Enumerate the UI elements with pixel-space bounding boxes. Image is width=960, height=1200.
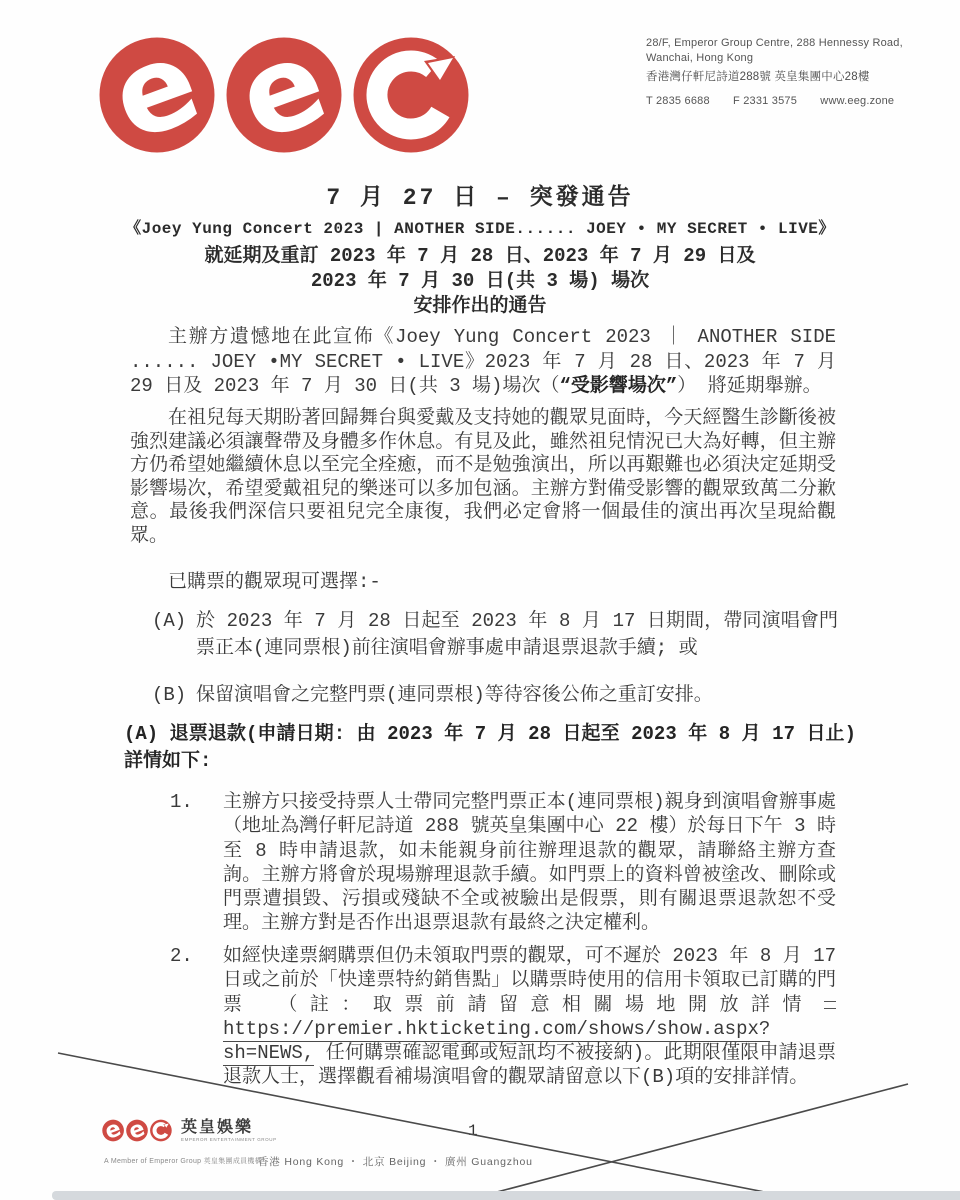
- address-line-2: Wanchai, Hong Kong: [646, 51, 903, 66]
- brand-name-en: EMPEROR ENTERTAINMENT GROUP: [181, 1137, 277, 1143]
- refund-item-1-text: 主辦方只接受持票人士帶同完整門票正本(連同票根)親身到演唱會辦事處（地址為灣仔軒…: [223, 790, 836, 936]
- refund-section-heading: (A) 退票退款(申請日期: 由 2023 年 7 月 28 日起至 2023 …: [124, 721, 856, 775]
- refund-item-2: 2. 如經快達票網購票但仍未領取門票的觀眾，可不遲於 2023 年 8 月 17…: [170, 944, 836, 1090]
- footer-brand-text: 英皇娛樂 EMPEROR ENTERTAINMENT GROUP: [181, 1119, 277, 1143]
- scan-edge-strip: [52, 1191, 960, 1200]
- option-b-text: 保留演唱會之完整門票(連同票根)等待容後公佈之重訂安排。: [196, 682, 838, 709]
- paragraph-reason: 在祖兒每天期盼著回歸舞台與愛戴及支持她的觀眾見面時，今天經醫生診斷後被強烈建議必…: [130, 407, 836, 549]
- title-line-4: 2023 年 7 月 30 日(共 3 場) 場次: [0, 269, 960, 294]
- paragraph-announcement-post: ） 將延期舉辦。: [677, 375, 821, 397]
- option-a-text: 於 2023 年 7 月 28 日起至 2023 年 8 月 17 日期間，帶同…: [196, 608, 838, 662]
- line-continuation-mark: [824, 1001, 836, 1009]
- refund-item-2-post: 任何購票確認電郵或短訊均不被接納)。此期限僅限申請退票退款人士，選擇觀看補場演唱…: [223, 1042, 836, 1088]
- notice-date-title: 7 月 27 日 – 突發通告: [0, 184, 960, 212]
- eeg-logo: [98, 34, 470, 156]
- refund-item-1: 1. 主辦方只接受持票人士帶同完整門票正本(連同票根)親身到演唱會辦事處（地址為…: [170, 790, 836, 936]
- refund-item-2-text: 如經快達票網購票但仍未領取門票的觀眾，可不遲於 2023 年 8 月 17 日或…: [223, 944, 836, 1090]
- notice-title-block: 7 月 27 日 – 突發通告 《Joey Yung Concert 2023 …: [0, 184, 960, 319]
- affected-shows-term: “受影響場次”: [559, 375, 677, 397]
- page-number: 1: [468, 1122, 478, 1140]
- refund-item-2-pre: 如經快達票網購票但仍未領取門票的觀眾，可不遲於 2023 年 8 月 17 日或…: [223, 945, 836, 1016]
- brand-name-zh: 英皇娛樂: [181, 1119, 277, 1137]
- fax-number: F 2331 3575: [733, 95, 797, 107]
- paragraph-announcement: 主辦方遺憾地在此宣佈《Joey Yung Concert 2023 ｜ ANOT…: [130, 325, 836, 399]
- document-page: e e 28/F, Emperor Group Centre, 288 Henn…: [0, 0, 960, 1200]
- option-a: (A) 於 2023 年 7 月 28 日起至 2023 年 8 月 17 日期…: [152, 608, 838, 662]
- options-intro: 已購票的觀眾現可選擇:-: [130, 570, 836, 595]
- option-b-marker: (B): [152, 682, 196, 709]
- letterhead-address: 28/F, Emperor Group Centre, 288 Hennessy…: [646, 36, 903, 109]
- concert-name: 《Joey Yung Concert 2023 | ANOTHER SIDE..…: [0, 217, 960, 241]
- letterhead-contact: T 2835 6688 F 2331 3575 www.eeg.zone: [646, 94, 903, 109]
- title-line-5: 安排作出的通告: [0, 294, 960, 319]
- option-b: (B) 保留演唱會之完整門票(連同票根)等待容後公佈之重訂安排。: [152, 682, 838, 709]
- refund-item-1-number: 1.: [170, 790, 223, 936]
- address-line-1: 28/F, Emperor Group Centre, 288 Hennessy…: [646, 36, 903, 51]
- option-a-marker: (A): [152, 608, 196, 662]
- eeg-logo-small: [102, 1119, 172, 1142]
- member-of-emperor-group: A Member of Emperor Group 英皇集團成員機構: [104, 1156, 262, 1166]
- footer-brand: 英皇娛樂 EMPEROR ENTERTAINMENT GROUP: [102, 1119, 277, 1143]
- address-line-zh: 香港灣仔軒尼詩道288號 英皇集團中心28樓: [646, 70, 903, 85]
- title-line-3: 就延期及重訂 2023 年 7 月 28 日、2023 年 7 月 29 日及: [0, 244, 960, 269]
- refund-item-2-number: 2.: [170, 944, 223, 1090]
- website-url: www.eeg.zone: [820, 95, 894, 107]
- footer-cities: 香港 Hong Kong ・ 北京 Beijing ・ 廣州 Guangzhou: [258, 1154, 533, 1169]
- tel-number: T 2835 6688: [646, 95, 710, 107]
